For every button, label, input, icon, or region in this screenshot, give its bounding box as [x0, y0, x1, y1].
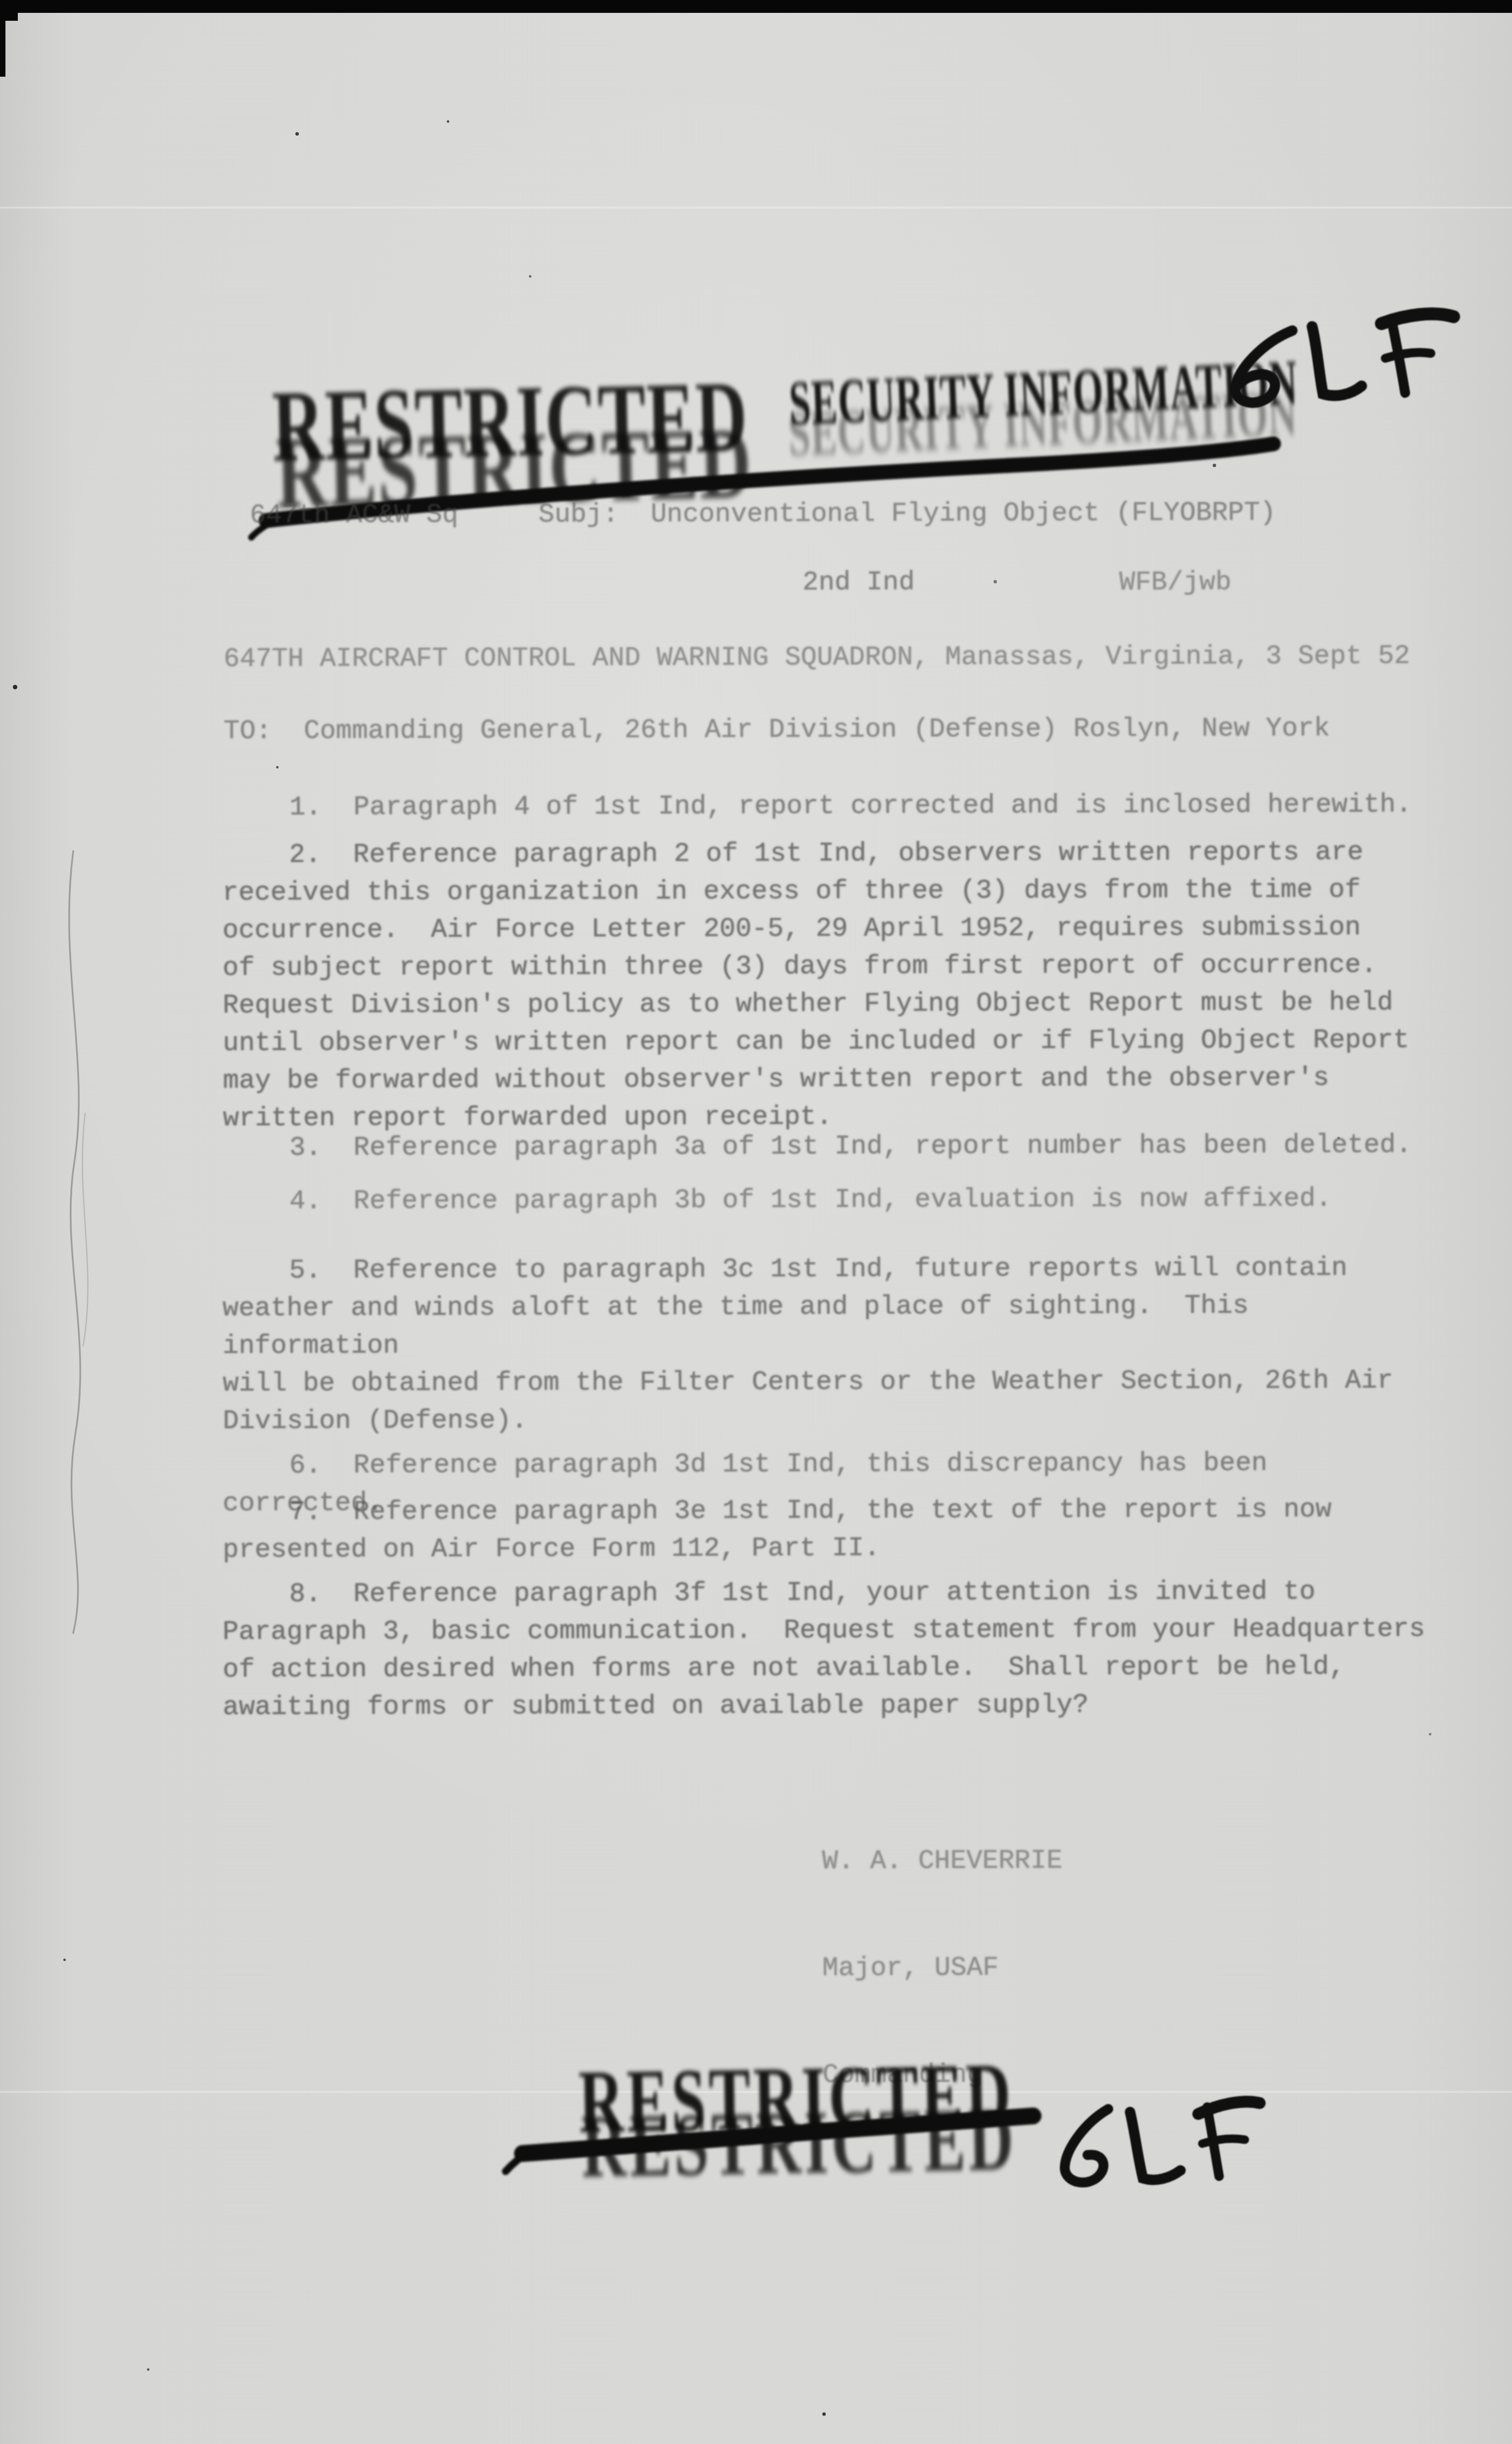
- paragraph-2: 2. Reference paragraph 2 of 1st Ind, obs…: [222, 834, 1435, 1138]
- signature-rank: Major, USAF: [822, 1950, 1063, 1986]
- paragraph-8: 8. Reference paragraph 3f 1st Ind, your …: [223, 1573, 1435, 1726]
- paragraph-4: 4. Reference paragraph 3b of 1st Ind, ev…: [223, 1180, 1435, 1221]
- scanned-document-page: RESTRICTED RESTRICTED SECURITY INFORMATI…: [0, 0, 1512, 2444]
- paragraph-3: 3. Reference paragraph 3a of 1st Ind, re…: [223, 1127, 1435, 1167]
- unit-line: 647TH AIRCRAFT CONTROL AND WARNING SQUAD…: [224, 638, 1410, 678]
- signature-name: W. A. CHEVERRIE: [822, 1843, 1062, 1879]
- paragraph-7: 7. Reference paragraph 3e 1st Ind, the t…: [223, 1491, 1435, 1569]
- restricted-stamp-bottom-echo: RESTRICTED: [581, 2095, 1017, 2193]
- paper-crease: [0, 207, 1512, 208]
- paragraph-5: 5. Reference to paragraph 3c 1st Ind, fu…: [223, 1249, 1435, 1440]
- scan-edge-top: [0, 0, 1512, 13]
- indorsement-label: 2nd Ind: [803, 564, 915, 602]
- paragraph-1: 1. Paragraph 4 of 1st Ind, report correc…: [223, 786, 1435, 827]
- scan-corner-blob: [0, 0, 18, 21]
- office-symbol: WFB/jwb: [1119, 564, 1231, 602]
- to-line: TO: Commanding General, 26th Air Divisio…: [224, 710, 1330, 751]
- reference-line: 647th AC&W Sq Subj: Unconventional Flyin…: [250, 494, 1276, 534]
